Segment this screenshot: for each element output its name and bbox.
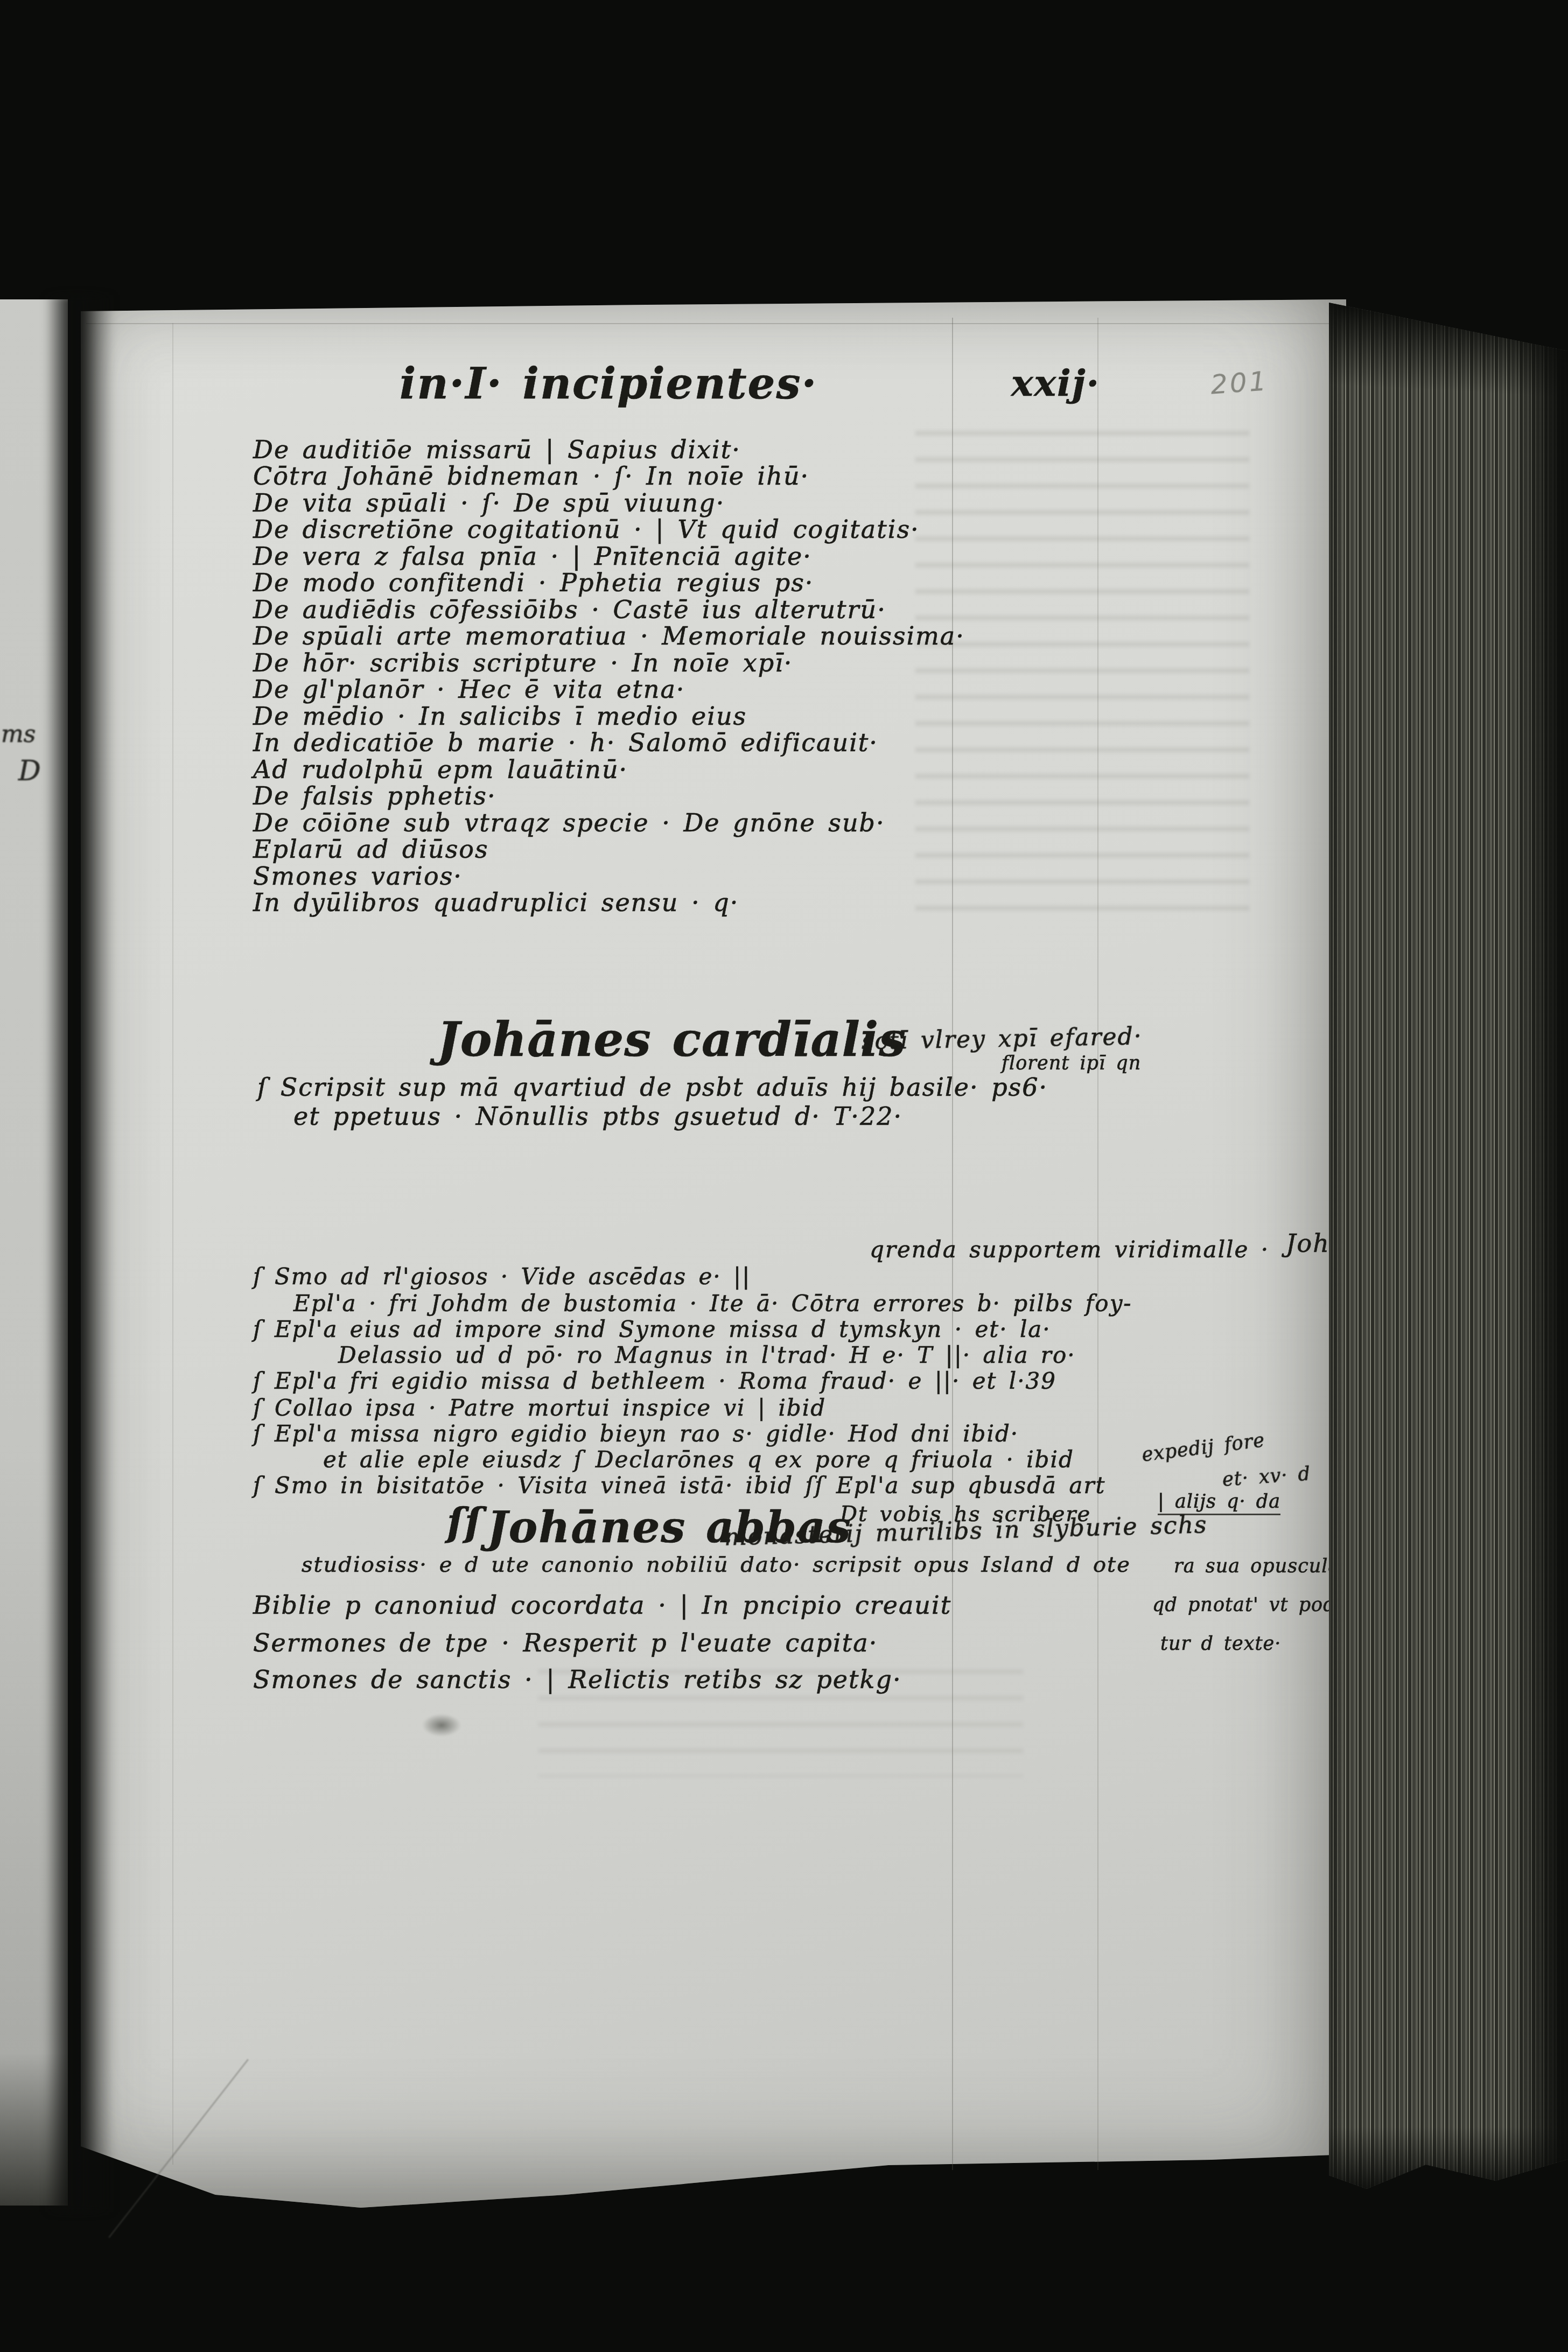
cardinalis-line: ſ Scripsit sup mā qvartiud de psbt aduīs… [257,1075,1048,1100]
folio-number-pencil: 201 [1209,365,1269,400]
epistolae-line: ſ Epl'a fri egidio missa d bethleem · Ro… [253,1370,1056,1392]
abbas-line: Sermones de tpe · Resperit p l'euate cap… [253,1630,878,1655]
index-line: De vera z falsa pnīa · | Pnītenciā agite… [253,544,812,569]
epistolae-line: et alie eple eiusdz ſ Declarōnes q ex po… [323,1448,1074,1471]
abbas-line: Smones de sanctis · | Relictis retibs sz… [253,1667,902,1692]
epistolae-line: ſ Epl'a eius ad impore sind Symone missa… [253,1318,1051,1341]
epistolae-line: ſ Smo ad rl'giosos · Vide ascēdas e· || [253,1265,751,1288]
index-line: In dedicatiōe b marie · h· Salomō edific… [253,730,878,755]
verso-text-fragment: ms [1,720,36,748]
index-line: Eplarū ad diūsos [253,837,489,862]
cardinalis-heading: Johānes cardīalis [437,1016,906,1063]
epistolae-line: qrenda supportem viridimalle · [870,1238,1269,1261]
ink-smudge [415,1710,468,1741]
abbas-paraph-mark: ſſ [447,1503,482,1542]
margin-note: qd pnotat' vt pod [1152,1596,1336,1615]
gutter-shadow [45,295,114,2212]
index-line: De audiēdis cōfessiōibs · Castē ius alte… [253,597,886,622]
index-line: Cōtra Johānē bidneman · ſ· In noīe ihū· [253,464,809,488]
epistolae-line: Delassio ud d pō· ro Magnus in l'trad· H… [338,1344,1076,1367]
ruling-line-left-margin [172,323,173,2165]
page-header-title: in·I· incipientes· [400,362,817,405]
cardinalis-line: et ppetuus · Nōnullis ptbs gsuetud d· T·… [293,1104,902,1129]
margin-note: tur d texte· [1160,1635,1281,1654]
index-line: De vita spūali · ſ· De spū viuung· [253,491,725,515]
cardinalis-heading-note: sctī vlrey xpī efared· [862,1025,1143,1053]
verso-text-fragment: D [18,755,41,787]
epistolae-line: Epl'a · fri Johdm de bustomia · Ite ā· C… [293,1292,1132,1315]
margin-note: ra sua opuscula [1174,1557,1340,1576]
index-line: De falsis pphetis· [253,783,496,808]
index-line: De spūali arte memoratiua · Memoriale no… [253,624,965,648]
index-line: De auditiōe missarū | Sapius dixit· [253,437,741,462]
epistolae-line: ſ Epl'a missa nigro egidio bieyn rao s· … [253,1423,1019,1445]
ink-show-through [915,431,1249,926]
book-fore-edge [1329,291,1568,2213]
index-line: In dyūlibros quadruplici sensu · q· [253,890,739,915]
index-line: De gl'planōr · Hec ē vita etna· [253,677,685,702]
fore-edge-bottom-shadow [1329,2127,1568,2213]
index-line: De mēdio · In salicibs ī medio eius [253,704,747,729]
fore-edge-left-shadow [1329,291,1343,2213]
abbas-line: Biblie p canoniud cocordata · | In pncip… [253,1593,951,1618]
folio-number-roman: xxij· [1011,365,1100,402]
epistolae-line: ſ Smo in bisitatōe · Visita vineā istā· … [253,1474,1105,1497]
index-line: De cōiōne sub vtraqz specie · De gnōne s… [253,810,885,835]
cardinalis-interlinear-note: florent ipī qn [1002,1054,1141,1073]
ruling-line-top [86,323,1330,324]
abbas-line: studiosiss· e d ute canonio nobiliū dato… [302,1554,1131,1576]
index-line: Ad rudolphū epm lauātinū· [253,757,628,782]
index-line: De hōr· scribis scripture · In noīe xpī· [253,650,793,675]
manuscript-photograph: ms D in·I· incipientes· xxij· 201 De aud… [0,0,1568,2352]
epistolae-line: ſ Collao ipsa · Patre mortui inspice vi … [253,1397,826,1419]
index-line: De discretiōne cogitationū · | Vt quid c… [253,517,920,542]
fore-edge-right-shadow [1509,291,1568,2213]
index-line: Smones varios· [253,864,463,888]
index-line: De modo confitendi · Pphetia regius ps· [253,570,814,595]
